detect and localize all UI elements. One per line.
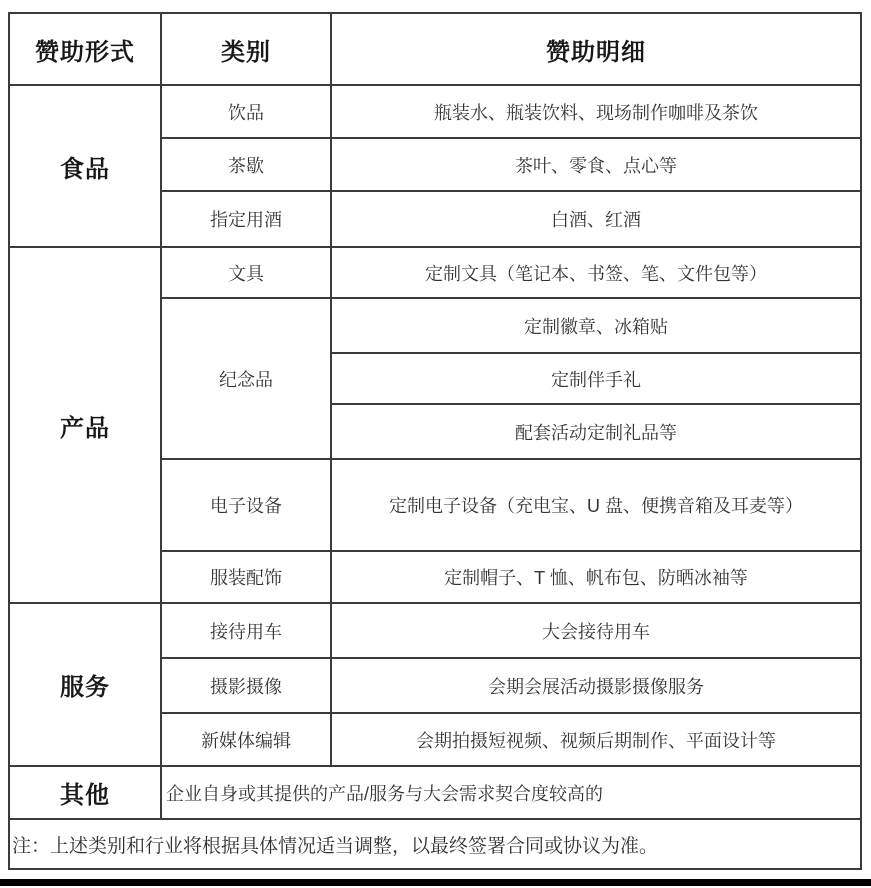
detail-cell-souvenir-1: 定制徽章、冰箱贴 <box>331 298 861 353</box>
detail-cell-beverage: 瓶装水、瓶装饮料、现场制作咖啡及茶饮 <box>331 85 861 138</box>
detail-cell-stationery: 定制文具（笔记本、书签、笔、文件包等） <box>331 247 861 298</box>
category-cell-electronics: 电子设备 <box>161 459 331 551</box>
column-header-form: 赞助形式 <box>9 13 161 85</box>
category-cell-liquor: 指定用酒 <box>161 191 331 247</box>
table-note: 注：上述类别和行业将根据具体情况适当调整，以最终签署合同或协议为准。 <box>9 819 861 869</box>
header-row: 赞助形式 类别 赞助明细 <box>9 13 861 85</box>
detail-cell-souvenir-2: 定制伴手礼 <box>331 353 861 404</box>
category-cell-beverage: 饮品 <box>161 85 331 138</box>
detail-cell-teabreak: 茶叶、零食、点心等 <box>331 138 861 191</box>
category-cell-stationery: 文具 <box>161 247 331 298</box>
detail-cell-liquor: 白酒、红酒 <box>331 191 861 247</box>
category-cell-photography: 摄影摄像 <box>161 658 331 713</box>
table-row: 其他 企业自身或其提供的产品/服务与大会需求契合度较高的 <box>9 766 861 819</box>
detail-cell-photography: 会期会展活动摄影摄像服务 <box>331 658 861 713</box>
form-cell-food: 食品 <box>9 85 161 247</box>
form-cell-service: 服务 <box>9 603 161 766</box>
form-cell-product: 产品 <box>9 247 161 603</box>
detail-cell-newmedia: 会期拍摄短视频、视频后期制作、平面设计等 <box>331 713 861 766</box>
detail-cell-electronics: 定制电子设备（充电宝、U 盘、便携音箱及耳麦等） <box>331 459 861 551</box>
detail-cell-other: 企业自身或其提供的产品/服务与大会需求契合度较高的 <box>161 766 861 819</box>
column-header-category: 类别 <box>161 13 331 85</box>
detail-cell-apparel: 定制帽子、T 恤、帆布包、防晒冰袖等 <box>331 551 861 603</box>
category-cell-souvenir: 纪念品 <box>161 298 331 459</box>
column-header-detail: 赞助明细 <box>331 13 861 85</box>
table-row: 服务 接待用车 大会接待用车 <box>9 603 861 658</box>
detail-cell-shuttle: 大会接待用车 <box>331 603 861 658</box>
sponsorship-table: 赞助形式 类别 赞助明细 食品 饮品 瓶装水、瓶装饮料、现场制作咖啡及茶饮 茶歇… <box>8 12 862 870</box>
note-row: 注：上述类别和行业将根据具体情况适当调整，以最终签署合同或协议为准。 <box>9 819 861 869</box>
table-row: 食品 饮品 瓶装水、瓶装饮料、现场制作咖啡及茶饮 <box>9 85 861 138</box>
category-cell-teabreak: 茶歇 <box>161 138 331 191</box>
category-cell-apparel: 服装配饰 <box>161 551 331 603</box>
category-cell-shuttle: 接待用车 <box>161 603 331 658</box>
table-row: 产品 文具 定制文具（笔记本、书签、笔、文件包等） <box>9 247 861 298</box>
category-cell-newmedia: 新媒体编辑 <box>161 713 331 766</box>
detail-cell-souvenir-3: 配套活动定制礼品等 <box>331 404 861 459</box>
form-cell-other: 其他 <box>9 766 161 819</box>
sponsorship-table-wrap: 赞助形式 类别 赞助明细 食品 饮品 瓶装水、瓶装饮料、现场制作咖啡及茶饮 茶歇… <box>8 12 862 870</box>
document-page: 赞助形式 类别 赞助明细 食品 饮品 瓶装水、瓶装饮料、现场制作咖啡及茶饮 茶歇… <box>0 0 871 888</box>
bottom-page-edge <box>0 879 871 886</box>
